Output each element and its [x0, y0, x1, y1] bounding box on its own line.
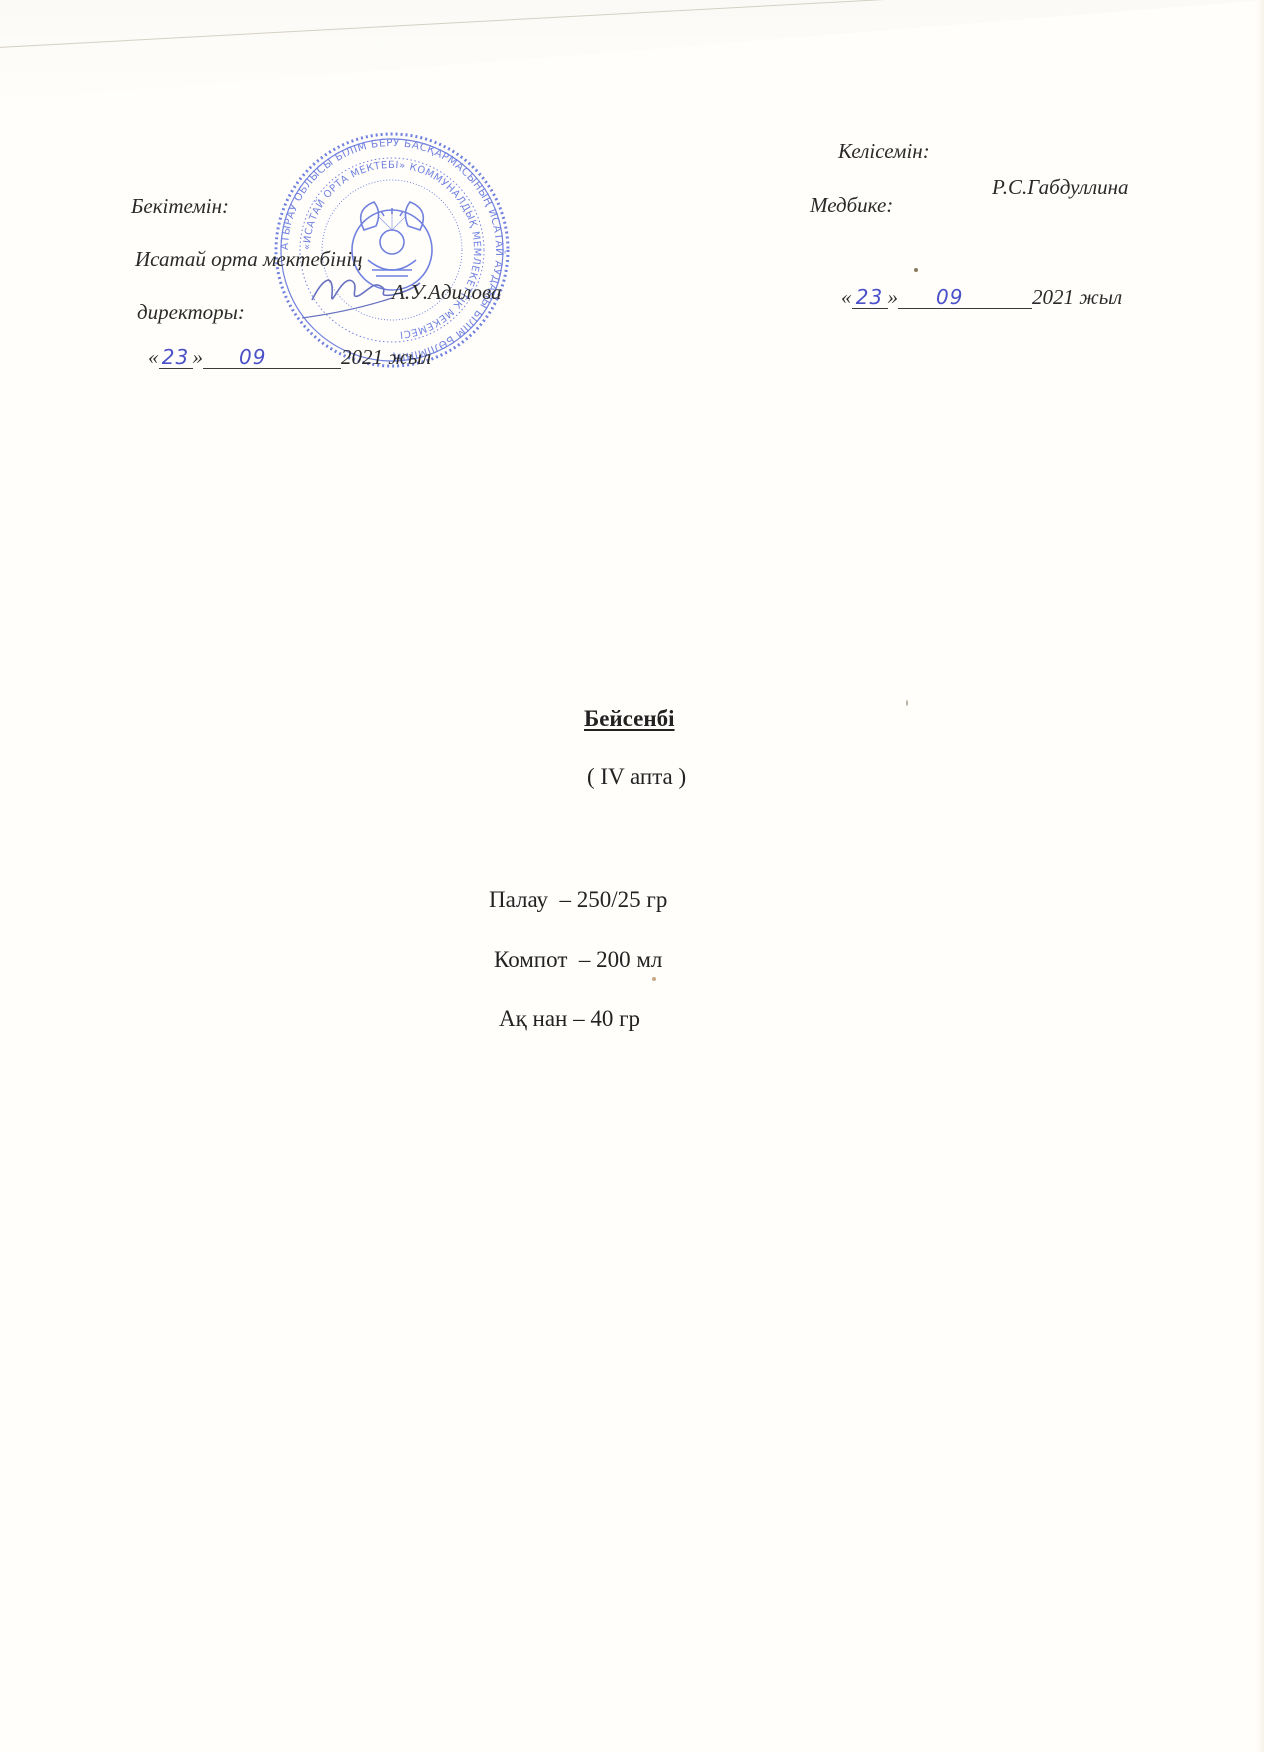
menu-item: Палау – 250/25 гр — [489, 887, 667, 913]
approval-left-year: 2021 жыл — [341, 345, 431, 369]
scanned-page: АТЫРАУ ОБЛЫСЫ БІЛІМ БЕРУ БАСҚАРМАСЫНЫҢ И… — [0, 0, 1264, 1752]
menu-item-name: Ақ нан — [499, 1006, 567, 1031]
approval-right-year: 2021 жыл — [1032, 285, 1122, 309]
menu-item: Компот – 200 мл — [494, 947, 662, 973]
menu-day-title: Бейсенбі — [584, 706, 675, 732]
menu-item-name: Компот — [494, 947, 567, 972]
approval-left-heading: Бекітемін: — [131, 194, 229, 219]
scan-right-edge — [1256, 0, 1264, 1752]
menu-item-amount: – 40 гр — [573, 1006, 640, 1031]
quote-open: « — [148, 345, 159, 369]
approval-right-month: 09 — [898, 286, 1032, 309]
approval-left-day: 23 — [159, 346, 193, 369]
quote-close: » — [193, 345, 204, 369]
scan-speck — [652, 977, 656, 981]
approval-right-date: «23»092021 жыл — [841, 285, 1122, 310]
approval-left-org: Исатай орта мектебінің — [135, 247, 363, 272]
approval-left-position: директоры: — [137, 300, 245, 325]
approval-right-position: Медбике: — [810, 193, 893, 218]
menu-week: ( IV апта ) — [587, 764, 686, 790]
approval-left-name: А.У.Адилова — [392, 280, 501, 305]
quote-close: » — [888, 285, 899, 309]
quote-open: « — [841, 285, 852, 309]
menu-item: Ақ нан – 40 гр — [499, 1006, 640, 1032]
scan-speck — [906, 700, 908, 706]
scan-shadow — [0, 0, 1264, 110]
approval-right-heading: Келісемін: — [838, 139, 930, 164]
scan-speck — [914, 268, 918, 272]
menu-item-name: Палау — [489, 887, 548, 912]
approval-left-date: «23»092021 жыл — [148, 345, 431, 370]
approval-right-name: Р.С.Габдуллина — [992, 175, 1129, 200]
approval-right-day: 23 — [852, 286, 888, 309]
menu-item-amount: – 250/25 гр — [560, 887, 668, 912]
menu-item-amount: – 200 мл — [579, 947, 663, 972]
approval-left-month: 09 — [203, 346, 341, 369]
